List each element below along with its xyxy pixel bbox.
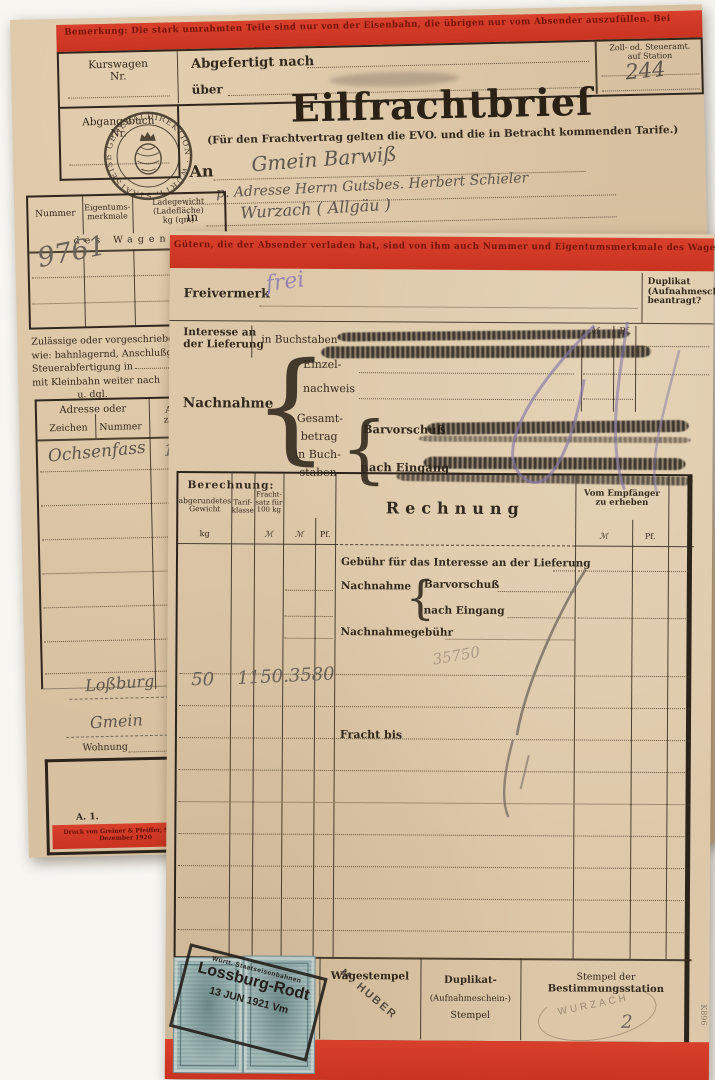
col-absender-header	[283, 484, 335, 502]
dotted-line	[178, 929, 690, 933]
seal-crown	[140, 132, 156, 141]
col-eigentum: Eigentums-merkmale	[82, 203, 132, 222]
col-tarif-header: Tarif-klasse	[231, 499, 254, 515]
freivermerk-label: Freivermerk	[184, 285, 270, 301]
divider	[666, 476, 670, 959]
sender-town-handwritten: Loßburg	[84, 671, 155, 695]
addressee-handwritten: Gmein Barwiß	[251, 141, 398, 176]
fracht-bis-label: Fracht bis	[340, 728, 402, 741]
divider	[95, 414, 97, 438]
divider	[229, 473, 233, 956]
divider	[177, 51, 179, 103]
bestimmung-label1: Stempel der	[520, 971, 691, 983]
goods-handwritten: Ochsenfass	[47, 438, 146, 467]
dotted-line	[178, 897, 690, 901]
dotted-line	[285, 616, 333, 617]
sender-name-handwritten: Gmein	[89, 710, 143, 732]
gesamt-label3: in Buch-	[295, 448, 341, 461]
waegestempel-label: Wägestempel	[319, 970, 420, 983]
divider	[333, 474, 337, 957]
pencil-scribble	[416, 555, 638, 836]
row-nachnahme: Nachnahme	[341, 580, 411, 592]
front-band-notice: Gütern, die der Absender verladen hat, s…	[174, 240, 694, 253]
col-gewicht-header: abgerundetesGewicht	[178, 497, 231, 514]
form-code: A. 1.	[76, 812, 99, 823]
divider	[178, 543, 335, 545]
dotted-line	[285, 638, 333, 639]
nachweis-label: nachweis	[303, 382, 355, 395]
duplikat-label: Duplikat (Aufnahmeschein)beantragt?	[648, 278, 715, 308]
dotted-line	[68, 95, 170, 98]
col-fracht-unit: ℳ	[254, 530, 283, 539]
kurswagen-label: Kurswagen Nr.	[65, 57, 172, 83]
einzel-label: Einzel-	[303, 358, 341, 371]
pencil-scribble	[378, 318, 709, 500]
pencil-number: 2	[621, 1012, 633, 1033]
gesamt-label1: Gesamt-	[297, 412, 343, 425]
col-fracht-header: Fracht-satz für100 kg	[254, 492, 283, 515]
wohnung-label: Wohnung	[82, 742, 128, 754]
dotted-line	[260, 306, 638, 309]
rechnung-header: Rechnung	[335, 498, 575, 518]
dotted-line	[307, 61, 589, 68]
divider	[133, 249, 136, 325]
at-col-zeichen: Zeichen	[49, 422, 88, 434]
absender-pf: Pf.	[315, 530, 335, 539]
waybill-front-sheet: Gütern, die der Absender verladen hat, s…	[165, 231, 714, 1080]
divider	[335, 544, 575, 546]
empfaenger-pf: Pf.	[632, 532, 668, 541]
weight-handwritten: 50	[191, 669, 214, 690]
divider	[575, 545, 694, 547]
margin-pencil-note: K896	[699, 1004, 708, 1025]
divider	[641, 273, 642, 323]
freivermerk-handwritten: frei	[264, 267, 306, 297]
at-col-nummer: Nummer	[99, 421, 142, 433]
band-notice-text: Bemerkung: Die stark umrahmten Teile sin…	[64, 14, 670, 38]
duplikat-stempel-label: Duplikat- (Aufnahmeschein-) Stempel	[420, 969, 520, 1022]
col-nummer: Nummer	[28, 208, 82, 219]
rate-handwritten: 1150.3580	[237, 663, 335, 688]
at-header: Adresse oder	[37, 403, 149, 417]
seal-circular-text: · GENERALDIREKTION · WÜRTT. STAATSEISENB…	[100, 108, 194, 202]
gesamt-label2: betrag	[301, 430, 338, 443]
absender-mark: ℳ	[283, 530, 315, 539]
abgefertigt-label: Abgefertigt nach	[191, 54, 314, 72]
divider	[252, 474, 256, 957]
divider	[251, 325, 252, 357]
title-block: Eilfrachtbrief (Für den Frachtvertrag ge…	[182, 76, 703, 147]
svg-text:· GENERALDIREKTION · WÜRTT. ST: · GENERALDIREKTION · WÜRTT. STAATSEISENB…	[100, 108, 194, 202]
divider	[149, 399, 157, 689]
dotted-line	[285, 590, 333, 591]
empfaenger-mark: ℳ	[575, 531, 632, 540]
col-ladegewicht: Ladegewicht(Ladefläche)kg (qm)	[132, 197, 225, 225]
dotted-line	[178, 865, 690, 869]
scanned-document: Bemerkung: Die stark umrahmten Teile sin…	[0, 0, 715, 1080]
an-label: An	[189, 161, 213, 181]
col-gewicht-unit: kg	[178, 529, 231, 538]
front-red-band: Gütern, die der Absender verladen hat, s…	[170, 235, 714, 271]
divider	[281, 474, 285, 957]
